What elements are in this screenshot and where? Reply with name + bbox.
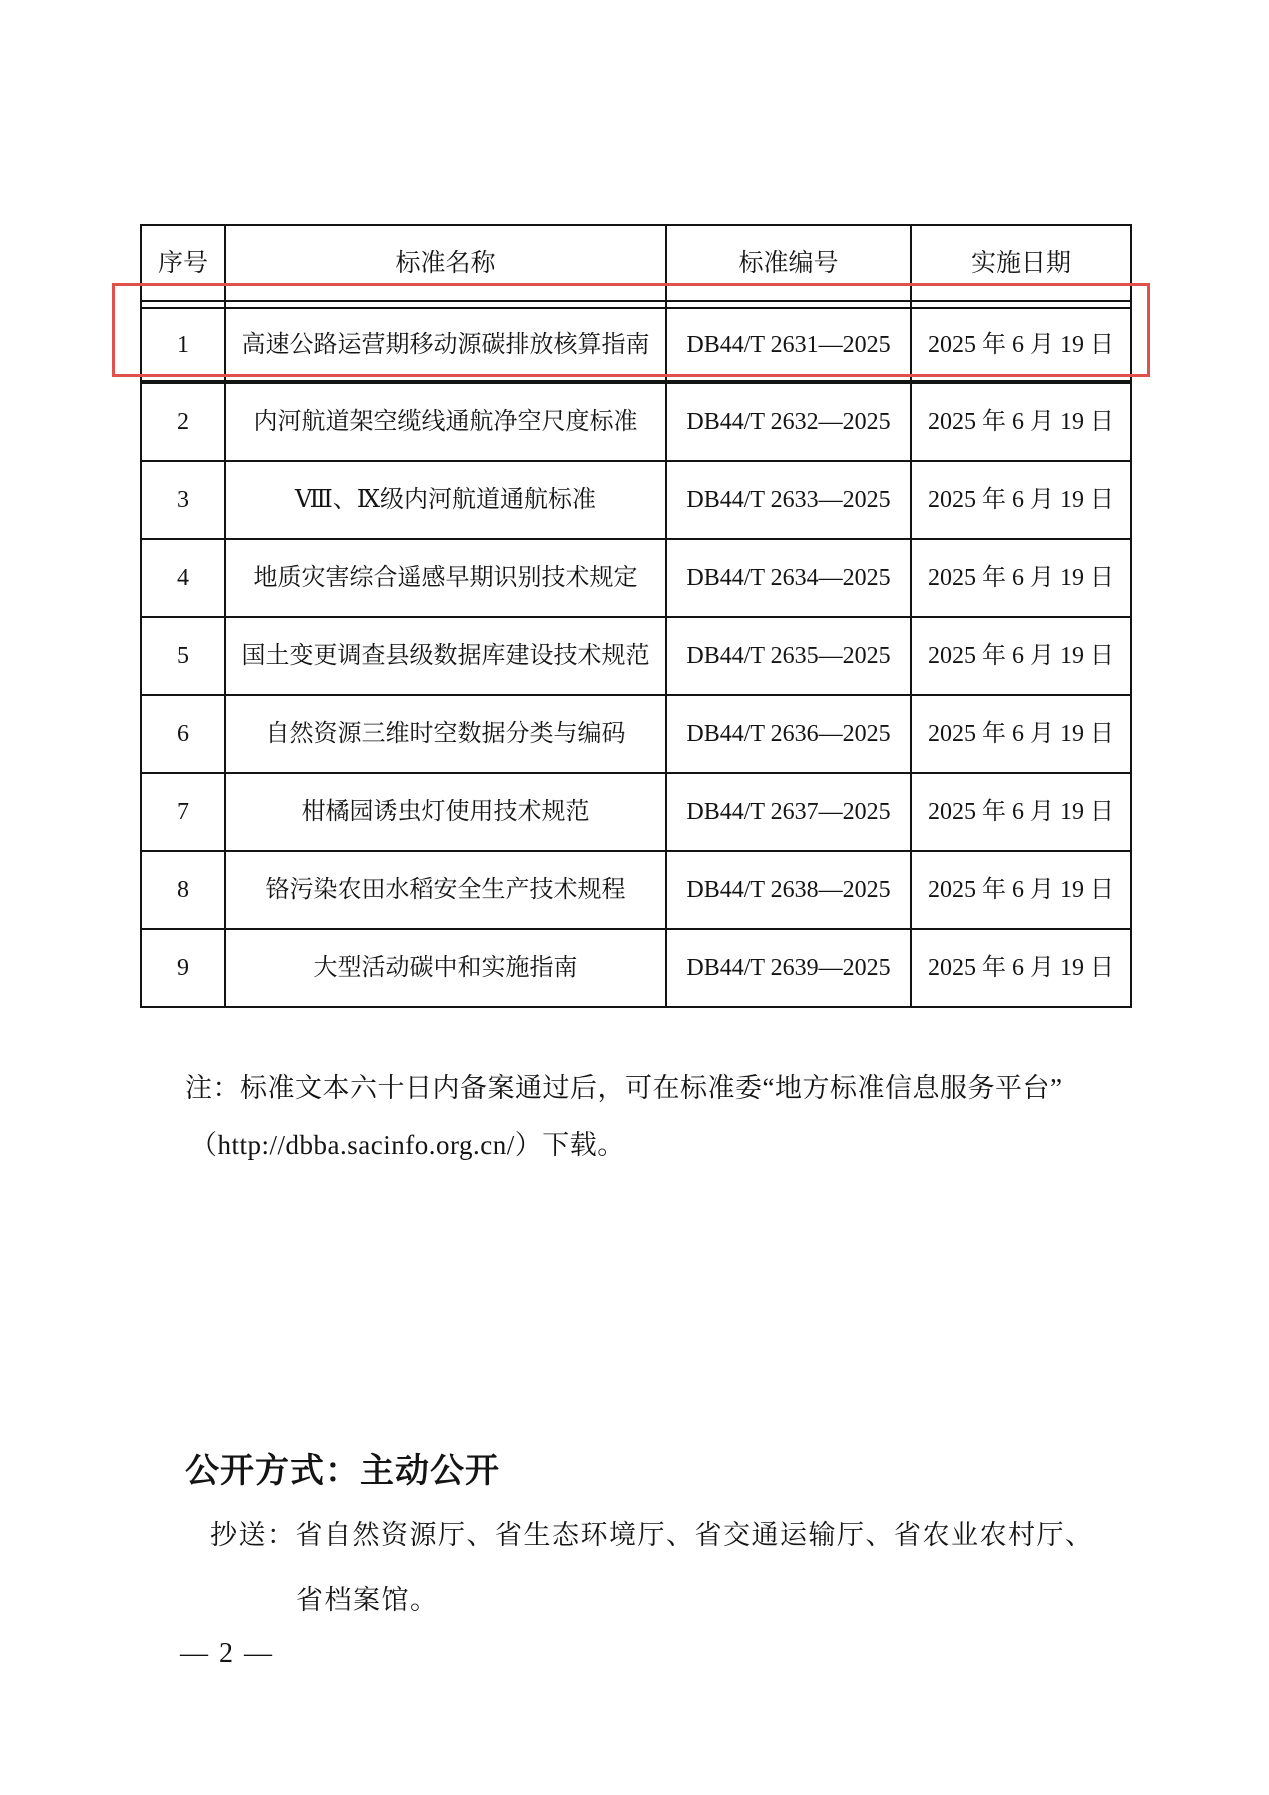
cell-date: 2025 年 6 月 19 日: [912, 384, 1130, 460]
cell-seq: 2: [142, 384, 226, 460]
spacer-cell: [226, 302, 667, 307]
spacer-cell: [912, 302, 1130, 307]
cell-date: 2025 年 6 月 19 日: [912, 309, 1130, 380]
cell-seq: 5: [142, 618, 226, 694]
cell-name: 自然资源三维时空数据分类与编码: [226, 696, 667, 772]
cell-seq: 9: [142, 930, 226, 1006]
table-spacer-row: [142, 302, 1130, 309]
cell-date: 2025 年 6 月 19 日: [912, 930, 1130, 1006]
table-row: 1 高速公路运营期移动源碳排放核算指南 DB44/T 2631—2025 202…: [142, 309, 1130, 384]
table-row: 8 铬污染农田水稻安全生产技术规程 DB44/T 2638—2025 2025 …: [142, 852, 1130, 930]
cell-date: 2025 年 6 月 19 日: [912, 540, 1130, 616]
cell-date: 2025 年 6 月 19 日: [912, 462, 1130, 538]
cell-seq: 4: [142, 540, 226, 616]
cell-code: DB44/T 2631—2025: [667, 309, 912, 380]
cell-name: 高速公路运营期移动源碳排放核算指南: [226, 309, 667, 380]
page-number: — 2 —: [180, 1638, 274, 1670]
cell-seq: 8: [142, 852, 226, 928]
spacer-cell: [667, 302, 912, 307]
standards-table: 序号 标准名称 标准编号 实施日期 1 高速公路运营期移动源碳排放核算指南 DB…: [140, 224, 1132, 1008]
table-header-row: 序号 标准名称 标准编号 实施日期: [142, 226, 1130, 302]
table-header-cell-seq: 序号: [142, 226, 226, 300]
cell-name: 柑橘园诱虫灯使用技术规范: [226, 774, 667, 850]
cell-code: DB44/T 2639—2025: [667, 930, 912, 1006]
cell-code: DB44/T 2638—2025: [667, 852, 912, 928]
cell-code: DB44/T 2637—2025: [667, 774, 912, 850]
table-row: 3 Ⅷ、Ⅸ级内河航道通航标准 DB44/T 2633—2025 2025 年 6…: [142, 462, 1130, 540]
note-line2: （http://dbba.sacinfo.org.cn/）下载。: [190, 1123, 625, 1162]
cc-line1: 抄送：省自然资源厅、省生态环境厅、省交通运输厅、省农业农村厅、: [210, 1513, 1094, 1552]
cell-name: 地质灾害综合遥感早期识别技术规定: [226, 540, 667, 616]
cell-date: 2025 年 6 月 19 日: [912, 618, 1130, 694]
cell-date: 2025 年 6 月 19 日: [912, 696, 1130, 772]
cell-seq: 6: [142, 696, 226, 772]
spacer-cell: [142, 302, 226, 307]
cell-code: DB44/T 2635—2025: [667, 618, 912, 694]
cell-seq: 1: [142, 309, 226, 380]
cell-name: 大型活动碳中和实施指南: [226, 930, 667, 1006]
disclosure-heading: 公开方式：主动公开: [185, 1443, 500, 1492]
table-header-cell-name: 标准名称: [226, 226, 667, 300]
cell-name: Ⅷ、Ⅸ级内河航道通航标准: [226, 462, 667, 538]
cell-code: DB44/T 2632—2025: [667, 384, 912, 460]
cell-code: DB44/T 2634—2025: [667, 540, 912, 616]
table-row: 5 国土变更调查县级数据库建设技术规范 DB44/T 2635—2025 202…: [142, 618, 1130, 696]
table-row: 6 自然资源三维时空数据分类与编码 DB44/T 2636—2025 2025 …: [142, 696, 1130, 774]
cell-code: DB44/T 2636—2025: [667, 696, 912, 772]
cell-code: DB44/T 2633—2025: [667, 462, 912, 538]
cell-date: 2025 年 6 月 19 日: [912, 774, 1130, 850]
table-row: 2 内河航道架空缆线通航净空尺度标准 DB44/T 2632—2025 2025…: [142, 384, 1130, 462]
cell-name: 内河航道架空缆线通航净空尺度标准: [226, 384, 667, 460]
cell-name: 国土变更调查县级数据库建设技术规范: [226, 618, 667, 694]
table-header-cell-date: 实施日期: [912, 226, 1130, 300]
note-line1: 注：标准文本六十日内备案通过后，可在标准委“地方标准信息服务平台”: [185, 1066, 1062, 1105]
document-page: 序号 标准名称 标准编号 实施日期 1 高速公路运营期移动源碳排放核算指南 DB…: [0, 0, 1269, 1795]
cell-name: 铬污染农田水稻安全生产技术规程: [226, 852, 667, 928]
table-row: 4 地质灾害综合遥感早期识别技术规定 DB44/T 2634—2025 2025…: [142, 540, 1130, 618]
cell-seq: 7: [142, 774, 226, 850]
table-row: 7 柑橘园诱虫灯使用技术规范 DB44/T 2637—2025 2025 年 6…: [142, 774, 1130, 852]
cell-seq: 3: [142, 462, 226, 538]
cc-line2: 省档案馆。: [296, 1578, 439, 1617]
cell-date: 2025 年 6 月 19 日: [912, 852, 1130, 928]
table-row: 9 大型活动碳中和实施指南 DB44/T 2639—2025 2025 年 6 …: [142, 930, 1130, 1006]
table-header-cell-code: 标准编号: [667, 226, 912, 300]
